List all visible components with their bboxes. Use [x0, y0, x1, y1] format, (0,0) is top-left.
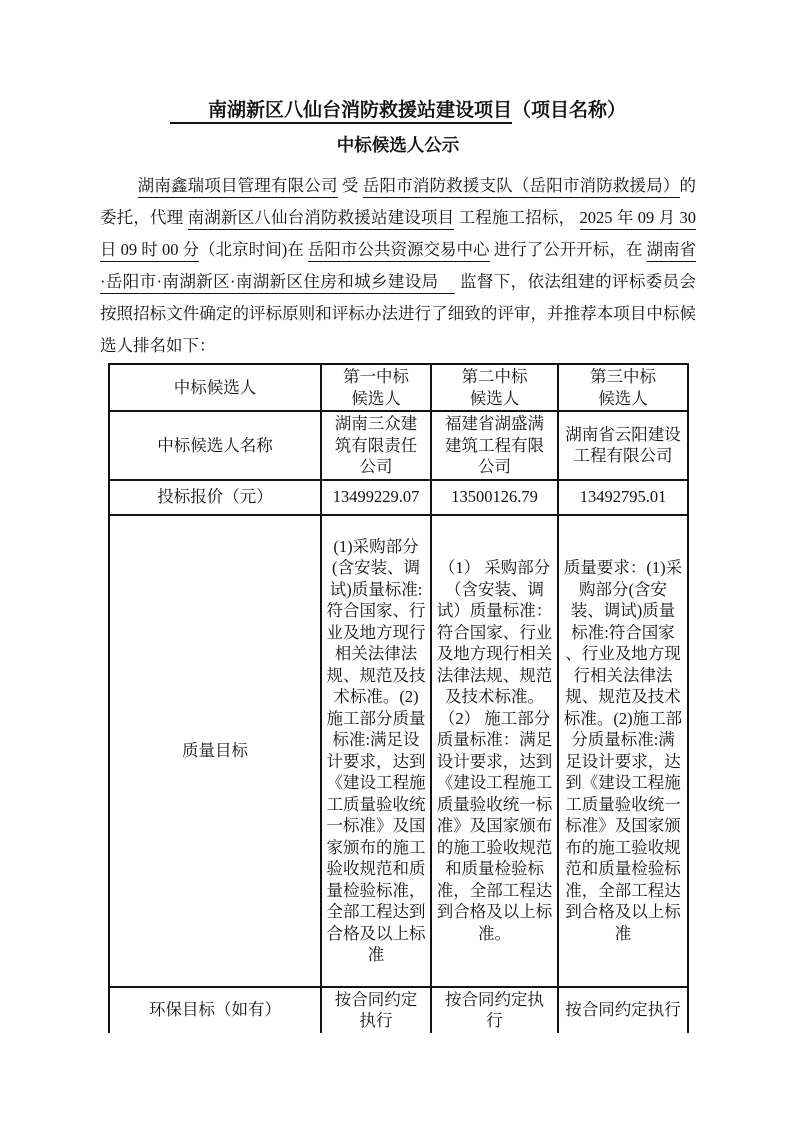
- env-first-candidate: 按合同约定 执行: [321, 987, 431, 1033]
- env-second-candidate: 按合同约定执 行: [431, 987, 558, 1033]
- candidate-name-row: 中标候选人名称 湖南三众建 筑有限责任 公司 福建省湖盛满 建筑工程有限 公司 …: [109, 411, 688, 480]
- text-segment: 工程施工招标，: [454, 208, 579, 227]
- price-row-label: 投标报价（元）: [109, 480, 321, 515]
- text-segment: [100, 176, 138, 195]
- header-second-candidate: 第二中标 候选人: [431, 364, 558, 411]
- price-first-candidate: 13499229.07: [321, 480, 431, 515]
- name-first-candidate: 湖南三众建 筑有限责任 公司: [321, 411, 431, 480]
- title-project-name: 南湖新区八仙台消防救援站建设项目: [208, 100, 512, 124]
- header-candidate-label: 中标候选人: [109, 364, 321, 411]
- name-second-candidate: 福建省湖盛满 建筑工程有限 公司: [431, 411, 558, 480]
- title-suffix: （项目名称）: [512, 100, 626, 121]
- environment-goal-row: 环保目标（如有） 按合同约定 执行 按合同约定执 行 按合同约定执行: [109, 987, 688, 1033]
- price-third-candidate: 13492795.01: [558, 480, 688, 515]
- document-page: 南湖新区八仙台消防救援站建设项目（项目名称） 中标候选人公示 湖南鑫瑞项目管理有…: [0, 0, 794, 1122]
- header-third-candidate: 第三中标 候选人: [558, 364, 688, 411]
- price-second-candidate: 13500126.79: [431, 480, 558, 515]
- underlined-text-segment: 南湖新区八仙台消防救援站建设项目: [188, 208, 455, 230]
- env-row-label: 环保目标（如有）: [109, 987, 321, 1033]
- bid-candidates-table: 中标候选人 第一中标 候选人 第二中标 候选人 第三中标 候选人 中标候选人名称…: [108, 363, 689, 1033]
- quality-goal-row: 质量目标 (1)采购部分(含安装、调试)质量标准:符合国家、行业及地方现行相关法…: [109, 515, 688, 987]
- underlined-text-segment: 湖南鑫瑞项目管理有限公司: [138, 176, 338, 198]
- env-third-candidate: 按合同约定执行: [558, 987, 688, 1033]
- name-row-label: 中标候选人名称: [109, 411, 321, 480]
- underlined-text-segment: 岳阳市消防救援支队（岳阳市消防救援局）: [363, 176, 680, 198]
- quality-second-candidate: （1） 采购部分（含安装、调试）质量标准：符合国家、行业及地方现行相关法律法规、…: [431, 515, 558, 987]
- quality-row-label: 质量目标: [109, 515, 321, 987]
- text-segment: （北京时间)在: [199, 240, 308, 259]
- document-subtitle: 中标候选人公示: [100, 133, 696, 158]
- document-title: 南湖新区八仙台消防救援站建设项目（项目名称）: [100, 97, 696, 124]
- table-header-row: 中标候选人 第一中标 候选人 第二中标 候选人 第三中标 候选人: [109, 364, 688, 411]
- quality-first-candidate: (1)采购部分(含安装、调试)质量标准:符合国家、行业及地方现行相关法律法规、规…: [321, 515, 431, 987]
- intro-paragraph: 湖南鑫瑞项目管理有限公司 受 岳阳市消防救援支队（岳阳市消防救援局）的委托，代理…: [100, 170, 696, 362]
- quality-third-candidate: 质量要求：(1)采购部分(含安装、调试)质量标准:符合国家 、行业及地方现行相关…: [558, 515, 688, 987]
- header-first-candidate: 第一中标 候选人: [321, 364, 431, 411]
- text-segment: 受: [338, 176, 363, 195]
- title-underline-blank: [170, 100, 208, 124]
- bid-price-row: 投标报价（元） 13499229.07 13500126.79 13492795…: [109, 480, 688, 515]
- name-third-candidate: 湖南省云阳建设 工程有限公司: [558, 411, 688, 480]
- underlined-text-segment: 岳阳市公共资源交易中心: [308, 240, 490, 262]
- text-segment: 进行了公开开标，在: [490, 240, 647, 259]
